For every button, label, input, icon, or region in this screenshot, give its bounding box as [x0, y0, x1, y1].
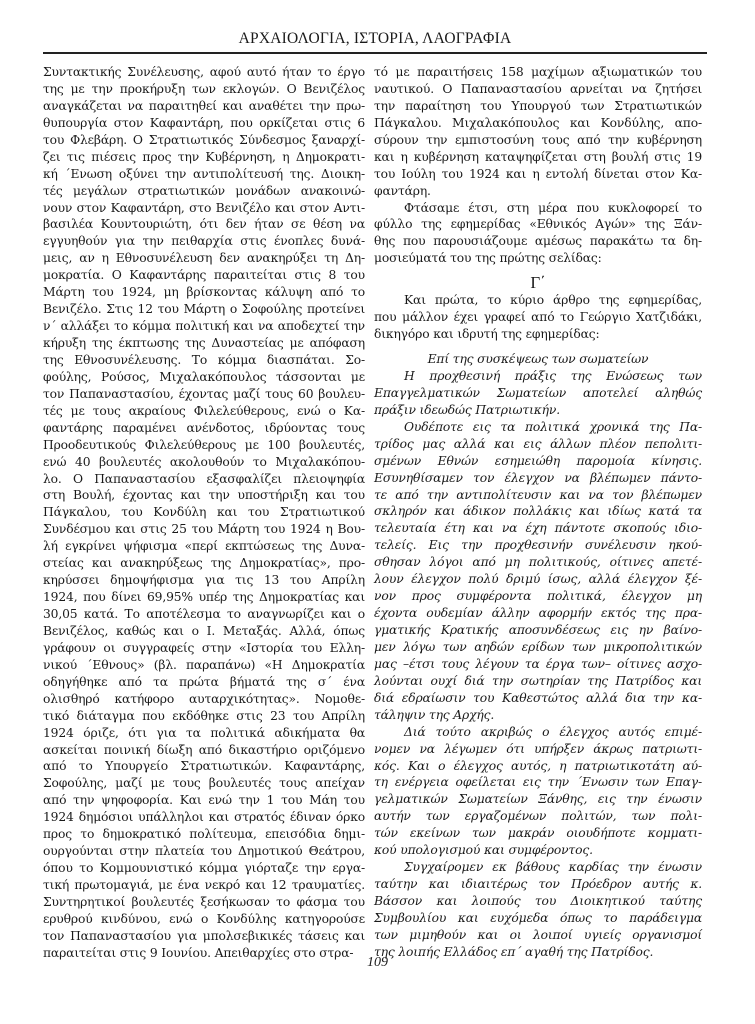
- text-line: στη Βουλή, έχοντας και την υποστήριξη κα…: [43, 487, 365, 504]
- text-line: ασκείται ποινική δίωξη από δικαστήριο ορ…: [43, 742, 365, 759]
- text-line: λουν έλεγχον πολύ δριμύ ίσως, αλλά έλεγχ…: [374, 571, 702, 588]
- text-line: λούνται ουχί διά την σωτηρίαν της Πατρίδ…: [374, 673, 702, 690]
- text-line: τάληψιν της Αρχής.: [374, 707, 702, 724]
- text-line: φούλης, Ρούσος, Μιχαλακόπουλος τάσσονται…: [43, 369, 365, 386]
- text-line: νουν στον Καφαντάρη, στο Βενιζέλο και στ…: [43, 200, 365, 217]
- paragraph-gap: [374, 343, 702, 351]
- text-line: Συντηρητικοί βουλευτές ξεσήκωσαν το φάσμ…: [43, 894, 365, 911]
- text-line: έχοντα ουδεμίαν άλλην αφορμήν εκτός της …: [374, 605, 702, 622]
- text-line: ολισθηρό κατήφορο αυταρχικότητας». Νομοθ…: [43, 691, 365, 708]
- text-line: νικού ΄Εθνους» (βλ. παραπάνω) «Η Δημοκρα…: [43, 657, 365, 674]
- text-line: Συντακτικής Συνέλευσης, αφού αυτό ήταν τ…: [43, 64, 365, 81]
- article-paragraph: Ουδέποτε εις τα πολιτικά χρονικά της Πα-…: [374, 419, 702, 724]
- text-line: μεν λόγω των αηδών ερίδων των μικροπολιτ…: [374, 639, 702, 656]
- paragraph-intro: τό με παραιτήσεις 158 μαχίμων αξιωματικώ…: [374, 64, 702, 200]
- right-column: τό με παραιτήσεις 158 μαχίμων αξιωματικώ…: [374, 64, 702, 961]
- text-line: βασιλέα Κουντουριώτη, ότι δεν ήταν σε θέ…: [43, 216, 365, 233]
- text-line: Βενιζέλο. Στις 12 του Μάρτη ο Σοφούλης π…: [43, 301, 365, 318]
- text-line: αναγκάζεται να παραιτηθεί και αναθέτει τ…: [43, 98, 365, 115]
- text-line: Βενιζέλος, καθώς και ο Ι. Μεταξάς. Αλλά,…: [43, 623, 365, 640]
- text-line: όπου το Κομμουνιστικό κόμμα γιόρταζε την…: [43, 860, 365, 877]
- text-line: που μάλλον έχει γραφεί από το Γεώργιο Χα…: [374, 309, 702, 326]
- text-line: σθησαν λόγοι από μη πολιτικούς, οίτινες …: [374, 554, 702, 571]
- text-line: τη ενέργεια οφείλεται εις την ΄Ενωσιν τω…: [374, 774, 702, 791]
- paragraph-editorial-intro: Και πρώτα, το κύριο άρθρο της εφημερίδας…: [374, 292, 702, 343]
- article-paragraph: Η προχθεσινή πράξις της Ενώσεως τωνΕπαγγ…: [374, 368, 702, 419]
- text-line: κού υπολογισμού και συμφέροντος.: [374, 842, 702, 859]
- text-line: τε από την αντιπολίτευσιν και να τον βλέ…: [374, 487, 702, 504]
- text-line: πράξιν ιδεωδώς Πατριωτικήν.: [374, 402, 702, 419]
- text-line: του Φλεβάρη. Ο Στρατιωτικός Σύνδεσμος ξα…: [43, 132, 365, 149]
- text-line: τρίδος μας αλλά και εις άλλων πλέον πεπο…: [374, 436, 702, 453]
- text-line: Συνδέσμου και στις 25 του Μάρτη του 1924…: [43, 521, 365, 538]
- text-line: τό με παραιτήσεις 158 μαχίμων αξιωματικώ…: [374, 64, 702, 81]
- text-line: μεις, αν η Εθνοσυνέλευση δεν ανακηρύξει …: [43, 250, 365, 267]
- text-line: 30,05 κατά. Το αποτέλεσμα το αναγνωρίζει…: [43, 606, 365, 623]
- text-line: μοκρατία. Ο Καφαντάρης παραιτείται στις …: [43, 267, 365, 284]
- text-line: σύρουν την εμπιστοσύνη τους από την κυβέ…: [374, 132, 702, 149]
- text-line: 1924 δημόσιοι υπάλληλοι και στρατός έδιν…: [43, 809, 365, 826]
- text-line: τικό διάταγμα που εκδόθηκε στις 23 του Α…: [43, 708, 365, 725]
- text-line: Διά τούτο ακριβώς ο έλεγχος αυτός επιμέ-: [374, 724, 702, 741]
- text-line: την παραίτηση του Υπουργού των Στρατιωτι…: [374, 98, 702, 115]
- text-line: ζει τις πιέσεις προς την Κυβέρνηση, η Δη…: [43, 149, 365, 166]
- text-line: φύλλο της εφημερίδας «Εθνικός Αγών» της …: [374, 216, 702, 233]
- text-line: Μάρτη του 1924, μη βρίσκοντας κάλυψη από…: [43, 284, 365, 301]
- text-line: και η κυβέρνηση καταψηφίζεται στη βουλή …: [374, 149, 702, 166]
- section-marker: Γ΄: [374, 275, 702, 292]
- text-line: ενώ 40 βουλευτές ακολουθούν το Μιχαλακόπ…: [43, 454, 365, 471]
- text-line: γελματικών Σωματείων Ξάνθης, εις την ένω…: [374, 791, 702, 808]
- text-line: Συγχαίρομεν εκ βάθους καρδίας την ένωσιν: [374, 859, 702, 876]
- text-line: 1924, που δίνει 69,95% υπέρ της Δημοκρατ…: [43, 589, 365, 606]
- text-line: τική πρωτομαγιά, με ένα νεκρό και 12 τρα…: [43, 877, 365, 894]
- text-line: από το Υπουργείο Στρατιωτικών. Καφαντάρη…: [43, 758, 365, 775]
- text-line: σκληρόν και άδικον πολλάκις και ιδίως κα…: [374, 503, 702, 520]
- text-line: Προοδευτικούς Φιλελεύθερους με 100 βουλε…: [43, 437, 365, 454]
- page-number: 109: [0, 955, 755, 971]
- text-line: αυτήν των εργαζομένων πολιτών, των πολι-: [374, 808, 702, 825]
- text-line: διά εδραίωσιν του Καθεστώτος αλλά δια τη…: [374, 690, 702, 707]
- text-line: ναυτικού. Ο Παπαναστασίου αρνείται να ζη…: [374, 81, 702, 98]
- text-line: 1924 όριζε, ότι για τα πολιτικά αδικήματ…: [43, 725, 365, 742]
- text-line: κηρύσσει δημοψήφισμα για τις 13 του Απρί…: [43, 572, 365, 589]
- article-title: Επί της συσκέψεως των σωματείων: [374, 351, 702, 368]
- text-line: φαντάρη.: [374, 183, 702, 200]
- text-line: Φτάσαμε έτσι, στη μέρα που κυκλοφορεί το: [374, 200, 702, 217]
- text-line: κός. Και ο έλεγχος αυτός, η πατριωτικοτά…: [374, 758, 702, 775]
- text-line: Συμβουλίου και ευχόμεδα όπως το παράδειγ…: [374, 910, 702, 927]
- text-line: τές με τους ακραίους Φιλελεύθερους, ενώ …: [43, 403, 365, 420]
- text-line: Επαγγελματικών Σωματείων αποτελεί αληθώς: [374, 385, 702, 402]
- text-line: λή εγκρίνει ψήφισμα «περί εκπτώσεως της …: [43, 538, 365, 555]
- text-line: Η προχθεσινή πράξις της Ενώσεως των: [374, 368, 702, 385]
- left-column-text: Συντακτικής Συνέλευσης, αφού αυτό ήταν τ…: [43, 64, 365, 962]
- text-line: γράφουν οι συγγραφείς στην «Ιστορία του …: [43, 640, 365, 657]
- text-line: θης που παρουσιάζουμε αμέσως παρακάτω τα…: [374, 233, 702, 250]
- text-line: τον Παπαναστασίου, έχοντας μαζί τους 60 …: [43, 386, 365, 403]
- text-line: στείας και ανακηρύξεως της Δημοκρατίας»,…: [43, 555, 365, 572]
- text-line: Ουδέποτε εις τα πολιτικά χρονικά της Πα-: [374, 419, 702, 436]
- text-line: τον Παπαναστασίου για μπολσεβικικές τάσε…: [43, 928, 365, 945]
- text-line: των μιμηθούν και οι λοιποί υγιείς οργανι…: [374, 927, 702, 944]
- text-line: μας –έτσι τους λέγουν τα έργα των– οίτιν…: [374, 656, 702, 673]
- text-line: φαντάρης παραμένει ανένδοτος, ιδρύοντας …: [43, 420, 365, 437]
- text-line: του Ιούλη του 1924 και η εντολή δίνεται …: [374, 166, 702, 183]
- text-line: τές μεγάλων στρατιωτικών μονάδων ανακοιν…: [43, 183, 365, 200]
- text-line: κήρυξη της έκπτωσης της Δυναστείας με απ…: [43, 335, 365, 352]
- text-line: θυπουργία στον Καφαντάρη, που ορκίζεται …: [43, 115, 365, 132]
- text-line: γματικής Κρατικής αποσυνδέσεως εις ην βα…: [374, 622, 702, 639]
- running-header: ΑΡΧΑΙΟΛΟΓΙΑ, ΙΣΤΟΡΙΑ, ΛΑΟΓΡΑΦΙΑ: [43, 30, 707, 48]
- text-line: Σοφούλης, μαζί με τους βουλευτές τους απ…: [43, 775, 365, 792]
- text-line: νομεν να λέγωμεν ότι υπήρξεν άκρως πατρι…: [374, 741, 702, 758]
- text-line: Πάγκαλου, του Κονδύλη και του Στρατιωτικ…: [43, 504, 365, 521]
- text-line: μοσιεύματά του της πρώτης σελίδας:: [374, 250, 702, 267]
- text-line: ν΄ αλλάξει το κόμμα πολιτική και να αποδ…: [43, 318, 365, 335]
- text-line: οδηγήθηκε από τα πρώτα βήματά της σ΄ ένα: [43, 674, 365, 691]
- text-line: ταύτην και ιδιαιτέρως τον Πρόεδρον αυτής…: [374, 876, 702, 893]
- text-line: ερυθρού κινδύνου, ενώ ο Κονδύλης κατηγορ…: [43, 911, 365, 928]
- text-line: τελευταία έτη και να έχη πάντοτε σκοπούς…: [374, 520, 702, 537]
- text-line: της Εθνοσυνέλευσης. Το κόμμα διασπάται. …: [43, 352, 365, 369]
- left-column: Συντακτικής Συνέλευσης, αφού αυτό ήταν τ…: [43, 64, 365, 962]
- text-line: τελείς. Εις την προχθεσινήν συνέλευσιν η…: [374, 537, 702, 554]
- header-rule: [43, 52, 707, 54]
- text-line: εγγυηθούν για την πειθαρχία στις ένοπλες…: [43, 233, 365, 250]
- text-line: Πάγκαλου. Μιχαλακόπουλος και Κονδύλης, α…: [374, 115, 702, 132]
- paragraph-newspaper: Φτάσαμε έτσι, στη μέρα που κυκλοφορεί το…: [374, 200, 702, 268]
- text-line: κή ΄Ενωση οξύνει την αντιπολίτευσή της. …: [43, 166, 365, 183]
- text-line: Και πρώτα, το κύριο άρθρο της εφημερίδας…: [374, 292, 702, 309]
- text-line: προς το δημοκρατικό πολίτευμα, επεισόδια…: [43, 826, 365, 843]
- text-line: ουργούνται στην πλατεία του Δημοτικού Θε…: [43, 843, 365, 860]
- text-line: Εσυνηθίσαμεν τον έλεγχον να βλέπωμεν πάν…: [374, 470, 702, 487]
- text-line: Βάσσον και λοιπούς του Διοικητικού ταύτη…: [374, 893, 702, 910]
- text-line: τών εκείνων των μακράν οιουδήποτε κομματ…: [374, 825, 702, 842]
- text-line: λο. Ο Παπαναστασίου εξασφαλίζει πλειοψηφ…: [43, 471, 365, 488]
- text-line: της με την προκήρυξη των εκλογών. Ο Βενι…: [43, 81, 365, 98]
- text-line: νον προς συμφέροντα πολιτικά, έλεγχον μη: [374, 588, 702, 605]
- text-line: από την ψηφοφορία. Και ενώ την 1 του Μάη…: [43, 792, 365, 809]
- article-paragraph: Διά τούτο ακριβώς ο έλεγχος αυτός επιμέ-…: [374, 724, 702, 860]
- text-line: σμένων Εθνών εσημειώθη παρομοία κίνησις.: [374, 453, 702, 470]
- text-line: δικηγόρο και ιδρυτή της εφημερίδας:: [374, 326, 702, 343]
- article-paragraph: Συγχαίρομεν εκ βάθους καρδίας την ένωσιν…: [374, 859, 702, 961]
